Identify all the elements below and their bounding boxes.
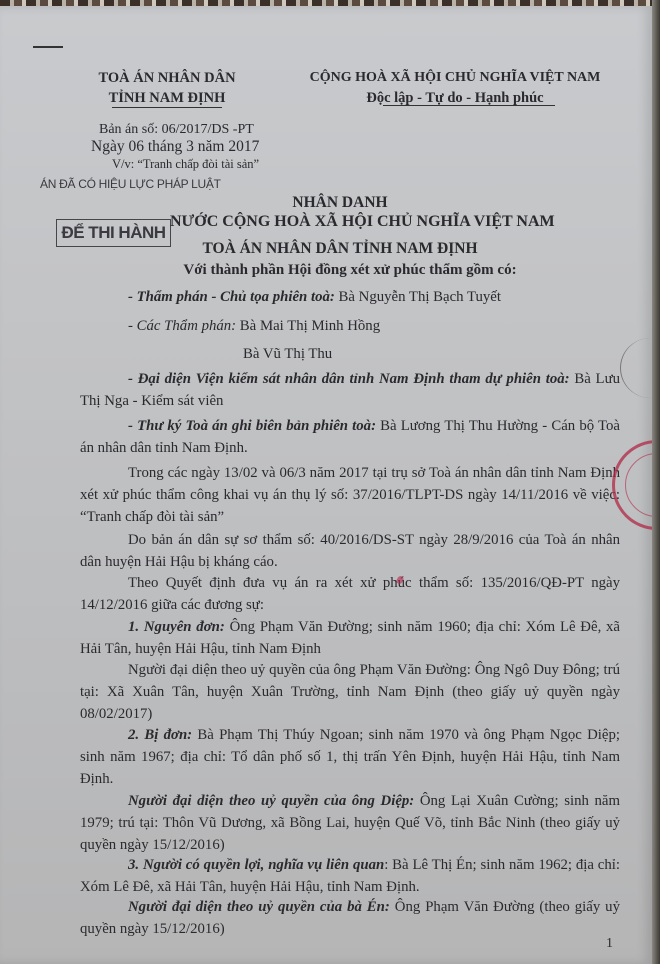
defendant: 2. Bị đơn: Bà Phạm Thị Thúy Ngoan; sinh … xyxy=(80,724,620,790)
decision-paragraph: Theo Quyết định đưa vụ án ra xét xử phúc… xyxy=(80,572,620,616)
plaintiff-representative: Người đại diện theo uỷ quyền của ông Phạ… xyxy=(80,659,620,725)
defendant-representative: Người đại diện theo uỷ quyền của ông Diệ… xyxy=(80,790,620,856)
court-province: TỈNH NAM ĐỊNH xyxy=(92,88,242,108)
execution-stamp: ĐỂ THI HÀNH xyxy=(56,219,171,247)
court-name: TOÀ ÁN NHÂN DÂN xyxy=(92,68,242,88)
clerk-label: - Thư ký Toà án ghi biên bản phiên toà: xyxy=(128,418,376,434)
header-right-underline xyxy=(383,105,555,106)
defendant-label: 2. Bị đơn: xyxy=(128,727,192,743)
court-clerk: - Thư ký Toà án ghi biên bản phiên toà: … xyxy=(80,415,620,459)
court-header: TOÀ ÁN NHÂN DÂN TỈNH NAM ĐỊNH xyxy=(92,68,242,108)
document-page: TOÀ ÁN NHÂN DÂN TỈNH NAM ĐỊNH CỘNG HOÀ X… xyxy=(0,6,652,964)
national-header: CỘNG HOÀ XÃ HỘI CHỦ NGHĨA VIỆT NAM Độc l… xyxy=(300,68,610,108)
related-rep-label: Người đại diện theo uỷ quyền của bà Én: xyxy=(128,899,390,915)
case-number: Bản án số: 06/2017/DS -PT xyxy=(99,122,254,138)
related-label: 3. Người có quyền lợi, nghĩa vụ liên qua… xyxy=(128,857,384,873)
judges: - Các Thẩm phán: Bà Mai Thị Minh Hồng xyxy=(80,315,620,337)
page-edge-shadow xyxy=(652,0,660,964)
case-subject: V/v: “Tranh chấp đòi tài sản” xyxy=(112,157,259,172)
related-representative: Người đại diện theo uỷ quyền của bà Én: … xyxy=(80,896,620,940)
defendant-rep-label: Người đại diện theo uỷ quyền của ông Diệ… xyxy=(128,793,414,809)
national-name: CỘNG HOÀ XÃ HỘI CHỦ NGHĨA VIỆT NAM xyxy=(300,68,610,88)
page-number: 1 xyxy=(606,936,613,952)
title-republic: NƯỚC CỘNG HOÀ XÃ HỘI CHỦ NGHĨA VIỆT NAM xyxy=(170,213,570,231)
plaintiff: 1. Nguyên đơn: Ông Phạm Văn Đường; sinh … xyxy=(80,616,620,660)
related-party: 3. Người có quyền lợi, nghĩa vụ liên qua… xyxy=(80,854,620,898)
title-panel-intro: Với thành phần Hội đồng xét xử phúc thẩm… xyxy=(155,262,545,279)
legal-effect-stamp: ÁN ĐÃ CÓ HIỆU LỰC PHÁP LUẬT xyxy=(40,177,221,191)
presiding-judge: - Thẩm phán - Chủ tọa phiên toà: Bà Nguy… xyxy=(80,286,620,308)
judges-second: Bà Vũ Thị Thu xyxy=(80,343,620,365)
presiding-label: - Thẩm phán - Chủ tọa phiên toà: xyxy=(128,289,335,305)
presiding-value: Bà Nguyễn Thị Bạch Tuyết xyxy=(335,289,501,305)
title-in-the-name: NHÂN DANH xyxy=(240,194,440,212)
case-date: Ngày 06 tháng 3 năm 2017 xyxy=(91,138,259,156)
procuracy-label: - Đại diện Viện kiểm sát nhân dân tỉnh N… xyxy=(128,371,570,387)
plaintiff-label: 1. Nguyên đơn: xyxy=(128,619,225,635)
judges-label: - Các Thẩm phán: xyxy=(128,318,236,334)
judges-value-1: Bà Mai Thị Minh Hồng xyxy=(236,318,380,334)
header-left-underline xyxy=(112,107,222,108)
appeal-paragraph: Do bản án dân sự sơ thẩm số: 40/2016/DS-… xyxy=(80,529,620,573)
hearing-paragraph: Trong các ngày 13/02 và 06/3 năm 2017 tạ… xyxy=(80,462,620,528)
corner-dash-mark xyxy=(33,46,63,48)
judges-value-2: Bà Vũ Thị Thu xyxy=(243,346,332,362)
title-court: TOÀ ÁN NHÂN DÂN TỈNH NAM ĐỊNH xyxy=(190,240,490,258)
procuracy-rep: - Đại diện Viện kiểm sát nhân dân tỉnh N… xyxy=(80,368,620,412)
